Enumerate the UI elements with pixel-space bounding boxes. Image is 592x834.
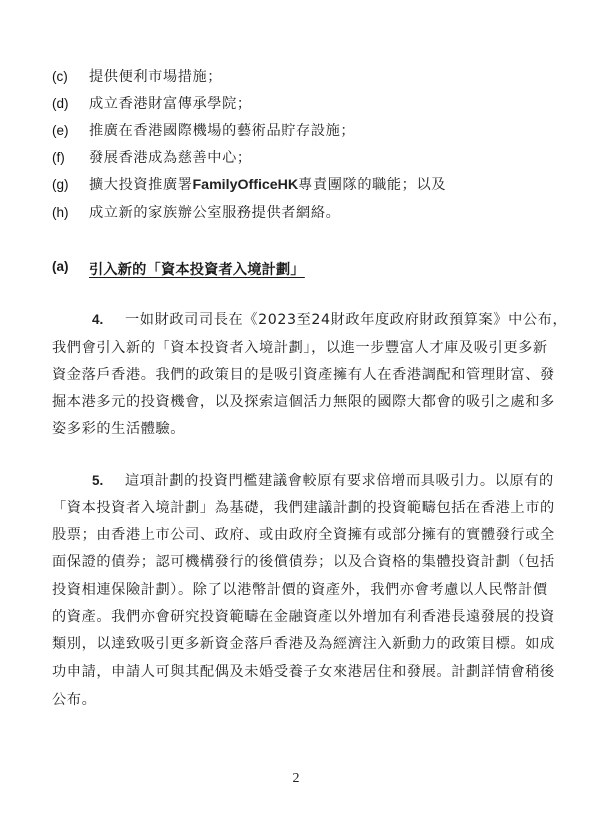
- list-text-before: 擴大投資推廣署: [89, 177, 193, 193]
- paragraph-line: 功申請，申請人可與其配偶及未婚受養子女來港居住和發展。計劃詳情會稍後: [52, 663, 555, 681]
- list-text: 成立新的家族辦公室服務提供者網絡。: [89, 204, 340, 222]
- paragraph-line: 5.這項計劃的投資門檻建議會較原有要求倍增而具吸引力。以原有的: [92, 472, 554, 490]
- line-text: 一如財政司司長在《2023至24財政年度政府財政預算案》中公布，: [125, 312, 567, 328]
- paragraph-line: 姿多彩的生活體驗。: [52, 420, 185, 438]
- list-label: (h): [52, 204, 69, 222]
- paragraph-line: 掘本港多元的投資機會，以及探索這個活力無限的國際大都會的吸引之處和多: [52, 393, 555, 411]
- list-text: 推廣在香港國際機場的藝術品貯存設施；: [89, 122, 355, 140]
- paragraph-number: 5.: [92, 472, 125, 490]
- list-label: (e): [52, 122, 69, 140]
- familyofficehk-name: FamilyOfficeHK: [193, 177, 299, 193]
- paragraph-number: 4.: [92, 311, 125, 329]
- list-label: (d): [52, 95, 69, 113]
- paragraph-line: 資金落戶香港。我們的政策目的是吸引資產擁有人在香港調配和管理財富、發: [52, 366, 555, 384]
- paragraph-line: 公布。: [52, 691, 96, 709]
- section-label: (a): [52, 259, 69, 274]
- page-number: 2: [0, 771, 592, 787]
- list-label: (f): [52, 149, 65, 167]
- list-text: 擴大投資推廣署FamilyOfficeHK專責團隊的職能；以及: [89, 176, 446, 194]
- paragraph-line: 類別，以達致吸引更多新資金落戶香港及為經濟注入新動力的政策目標。如成: [52, 635, 555, 653]
- paragraph-line: 股票；由香港上市公司、政府、或由政府全資擁有或部分擁有的實體發行或全: [52, 526, 555, 544]
- line-text: 這項計劃的投資門檻建議會較原有要求倍增而具吸引力。以原有的: [125, 473, 554, 489]
- document-page: (c) 提供便利市場措施； (d) 成立香港財富傳承學院； (e) 推廣在香港國…: [0, 0, 592, 834]
- list-label: (c): [52, 68, 68, 86]
- list-text: 提供便利市場措施；: [89, 68, 222, 86]
- section-title: 引入新的「資本投資者入境計劃」: [89, 259, 305, 279]
- list-text-after: 專責團隊的職能；以及: [298, 177, 446, 193]
- paragraph-line: 投資相連保險計劃）。除了以港幣計價的資產外，我們亦會考慮以人民幣計價: [52, 581, 548, 599]
- paragraph-line: 4.一如財政司司長在《2023至24財政年度政府財政預算案》中公布，: [92, 311, 567, 329]
- paragraph-line: 面保證的債券；認可機構發行的後償債券；以及合資格的集體投資計劃（包括: [52, 553, 555, 571]
- list-text: 成立香港財富傳承學院；: [89, 95, 252, 113]
- paragraph-line: 「資本投資者入境計劃」為基礎，我們建議計劃的投資範疇包括在香港上市的: [52, 499, 555, 517]
- list-text: 發展香港成為慈善中心；: [89, 149, 252, 167]
- list-label: (g): [52, 176, 69, 194]
- paragraph-line: 的資產。我們亦會研究投資範疇在金融資產以外增加有利香港長遠發展的投資: [52, 608, 555, 626]
- paragraph-line: 我們會引入新的「資本投資者入境計劃」，以進一步豐富人才庫及吸引更多新: [52, 339, 548, 357]
